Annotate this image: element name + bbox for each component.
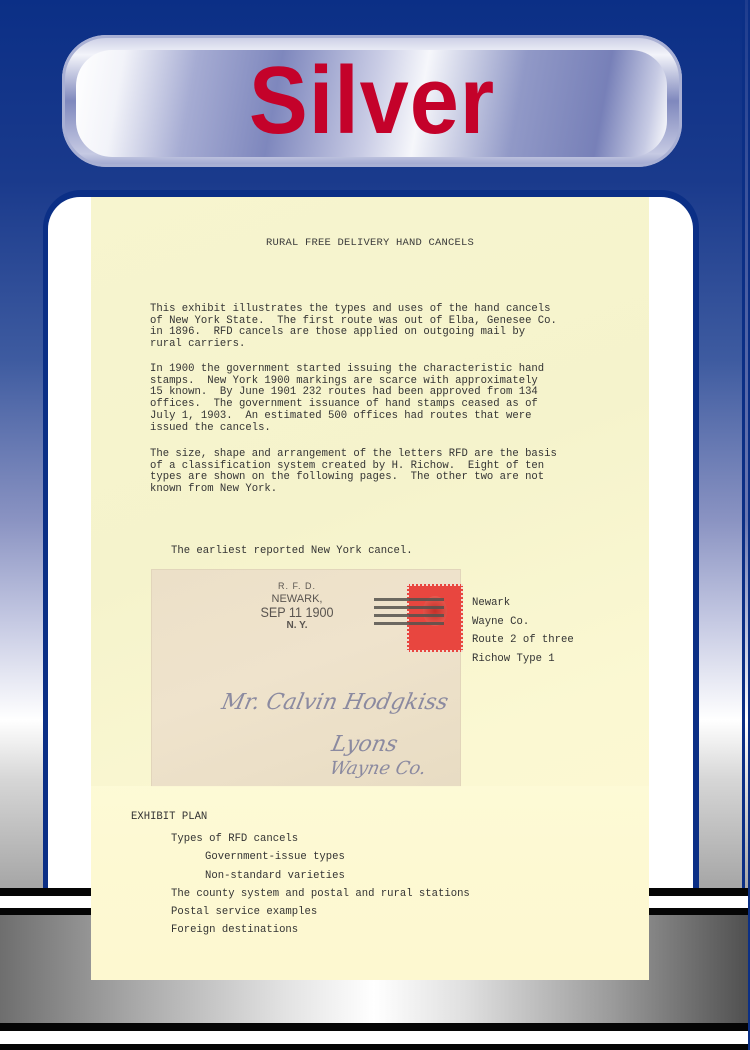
- cover-note: Newark: [472, 597, 574, 616]
- plan-item: The county system and postal and rural s…: [171, 888, 470, 906]
- plan-item: Foreign destinations: [171, 924, 470, 942]
- plan-item: Types of RFD cancels: [171, 833, 470, 851]
- cover-note: Richow Type 1: [472, 653, 574, 672]
- intro-paragraph: This exhibit illustrates the types and u…: [150, 304, 590, 351]
- plan-item: Postal service examples: [171, 906, 470, 924]
- plan-list: Types of RFD cancelsGovernment-issue typ…: [171, 833, 470, 943]
- plan-heading: EXHIBIT PLAN: [131, 811, 207, 823]
- address-town: Lyons: [329, 732, 400, 757]
- postmark-rfd: R. F. D.: [242, 580, 352, 593]
- award-title: Silver: [87, 35, 657, 167]
- cover-caption: The earliest reported New York cancel.: [171, 545, 413, 557]
- cancel-bars-icon: [374, 598, 444, 636]
- address-name: Mr. Calvin Hodgkiss: [219, 690, 450, 715]
- plan-item: Non-standard varieties: [171, 870, 470, 888]
- postmark-date: SEP 11 1900: [248, 606, 347, 619]
- cover-note: Wayne Co.: [472, 616, 574, 635]
- exhibit-title: RURAL FREE DELIVERY HAND CANCELS: [91, 237, 649, 249]
- history-paragraph: In 1900 the government started issuing t…: [150, 364, 590, 434]
- postmark-state: N. Y.: [242, 619, 352, 632]
- address-county: Wayne Co.: [328, 758, 428, 779]
- plan-item: Government-issue types: [171, 851, 470, 869]
- cover-envelope: R. F. D. NEWARK, SEP 11 1900 N. Y. Mr. C…: [152, 570, 460, 786]
- cover-notes: Newark Wayne Co. Route 2 of three Richow…: [472, 597, 574, 671]
- frame-stripe: [0, 1031, 748, 1044]
- rfd-postmark: R. F. D. NEWARK, SEP 11 1900 N. Y.: [242, 580, 352, 632]
- frame-stripe: [0, 1023, 748, 1031]
- classification-paragraph: The size, shape and arrangement of the l…: [150, 449, 590, 496]
- cover-note: Route 2 of three: [472, 634, 574, 653]
- frame-stripe: [0, 1044, 748, 1050]
